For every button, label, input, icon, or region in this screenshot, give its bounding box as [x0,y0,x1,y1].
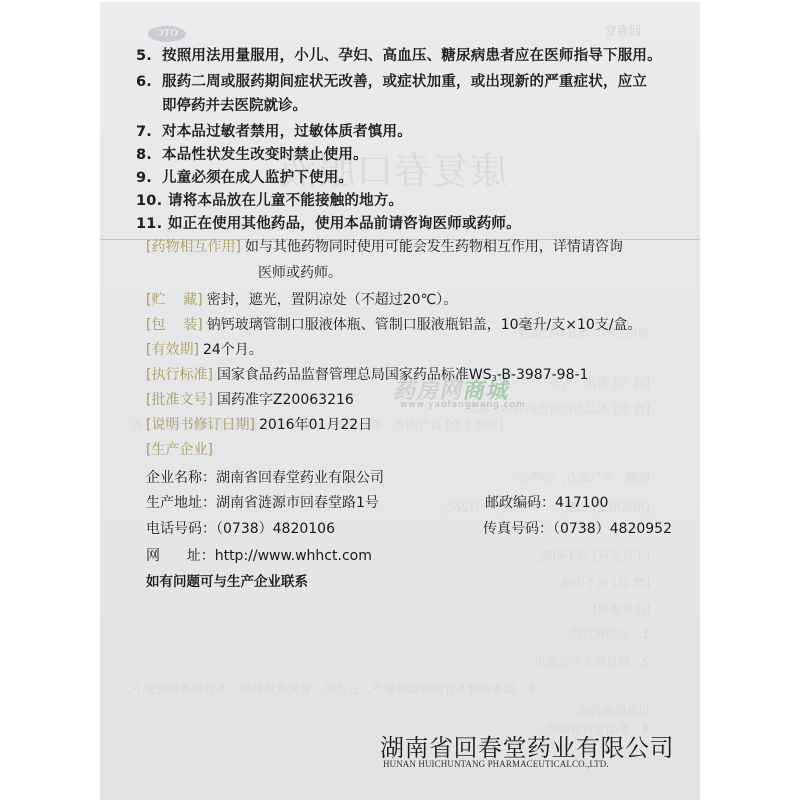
item-text: 本品性状发生改变时禁止使用。 [162,147,368,163]
item-number: 10. [136,193,168,209]
precaution-item-11: 11.如正在使用其他药品，使用本品前请咨询医师或药师。 [136,212,521,233]
contact-note: 如有问题可与生产企业联系 [146,570,308,590]
field-value: 密封，遮光，置阴凉处（不超过20℃）。 [207,292,458,308]
item-text: 如正在使用其他药品，使用本品前请咨询医师或药师。 [168,216,521,232]
ghost-line: 1．忌油腻食物。 [558,625,650,642]
field-label: [包 装] [146,317,203,333]
ghost-line: 以免影响药效。 [566,702,650,719]
item-text: 请将本品放在儿童不能接触的地方。 [168,193,403,209]
precaution-item-8: 8.本品性状发生改变时禁止使用。 [136,143,368,164]
manufacturer-name: 企业名称：湖南省回春堂药业有限公司 [146,467,384,487]
field-storage: [贮 藏]密封，遮光，置阴凉处（不超过20℃）。 [146,289,457,309]
ghost-line: 2．感冒病人不宜服用。 [522,653,650,670]
precaution-item-6-continuation: 即停药并去医院就诊。 [162,94,307,115]
item-number: 9. [136,170,162,186]
ghost-brand-text: 回春堂 [605,22,641,39]
field-label: [执行标准] [146,367,213,383]
field-label: [贮 藏] [146,292,203,308]
manufacturer-website: 网 址：http://www.whhct.com [146,545,372,565]
item-number: 5. [136,48,162,64]
field-manufacturer: [生产企业] [146,439,217,459]
footer-company-name-cn: 湖南省回春堂药业有限公司 [380,728,674,763]
ghost-line: 3．服本药时不宜同时服用藜芦、五灵脂、皂荚或其制剂；不宜喝茶和吃萝卜， [120,680,536,697]
field-interactions: [药物相互作用]如与其他药物同时使用可能会发生药物相互作用，详情请咨询 [146,236,623,256]
field-value: 钠钙玻璃管制口服液体瓶、管制口服液瓶铝盖，10毫升/支×10支/盒。 [207,317,642,333]
field-label: [批准文号] [146,392,213,408]
precaution-item-5: 5.按照用法用量服用，小儿、孕妇、高血压、糖尿病患者应在医师指导下服用。 [136,44,662,65]
ghost-line: [不良反应] 尚不明确。 [529,547,650,564]
ghost-line: 腹满，少气乏力，心悸心…… [494,468,650,485]
field-value: 国药准字Z20063216 [217,392,354,408]
field-value: 24个月。 [203,342,263,358]
precaution-item-9: 9.儿童必须在成人监护下使用。 [136,166,353,187]
field-value: 2016年01月22日 [259,417,372,433]
item-number: 11. [136,216,168,232]
item-number: 6. [136,74,162,90]
ghost-line: [注意事项] [593,600,650,617]
leaflet-page: OTC 回春堂 康复春口服液 通用名称：康复春口服液 [成 份] 黄芪、人参……… [100,2,700,800]
item-text: 儿童必须在成人监护下使用。 [162,170,353,186]
watermark-url: www.yaofangwang.com [400,400,526,410]
precaution-item-7: 7.对本品过敏者禁用，过敏体质者慎用。 [136,120,412,141]
otc-badge: OTC [148,26,186,42]
manufacturer-postcode: 邮政编码：417100 [485,492,608,512]
field-label: [说明书修订日期] [146,417,255,433]
field-revision-date: [说明书修订日期]2016年01月22日 [146,414,372,434]
item-number: 8. [136,147,162,163]
precaution-item-6: 6.服药二周或服药期间症状无改善，或症状加重，或出现新的严重症状，应立 [136,70,647,91]
manufacturer-phone: 电话号码：（0738）4820106 [146,518,335,538]
field-label: [生产企业] [146,442,213,458]
field-label: [药物相互作用] [146,239,241,255]
item-text: 按照用法用量服用，小儿、孕妇、高血压、糖尿病患者应在医师指导下服用。 [162,48,662,64]
field-value: 如与其他药物同时使用可能会发生药物相互作用，详情请咨询 [245,239,623,255]
field-interactions-continuation: 医师或药师。 [258,262,342,282]
item-text: 对本品过敏者禁用，过敏体质者慎用。 [162,124,412,140]
field-approval: [批准文号]国药准字Z20063216 [146,389,354,409]
precaution-item-10: 10.请将本品放在儿童不能接触的地方。 [136,189,403,210]
field-standard: [执行标准]国家食品药品监督管理总局国家药品标准WS3-B-3987-98-1 [146,364,588,384]
item-text: 服药二周或服药期间症状无改善，或症状加重，或出现新的严重症状，应立 [162,74,647,90]
manufacturer-fax: 传真号码：（0738）4820952 [483,518,672,538]
item-number: 7. [136,124,162,140]
field-packaging: [包 装]钠钙玻璃管制口服液体瓶、管制口服液瓶铝盖，10毫升/支×10支/盒。 [146,314,642,334]
ghost-line: [禁 忌] 尚不明确。 [549,574,650,591]
manufacturer-address: 生产地址：湖南省涟源市回春堂路1号 [146,492,379,512]
field-label: [有效期] [146,342,199,358]
footer-company-name-en: HUNAN HUICHUNTANG PHARMACEUTICALCO.,LTD. [383,759,609,769]
field-validity: [有效期]24个月。 [146,339,263,359]
